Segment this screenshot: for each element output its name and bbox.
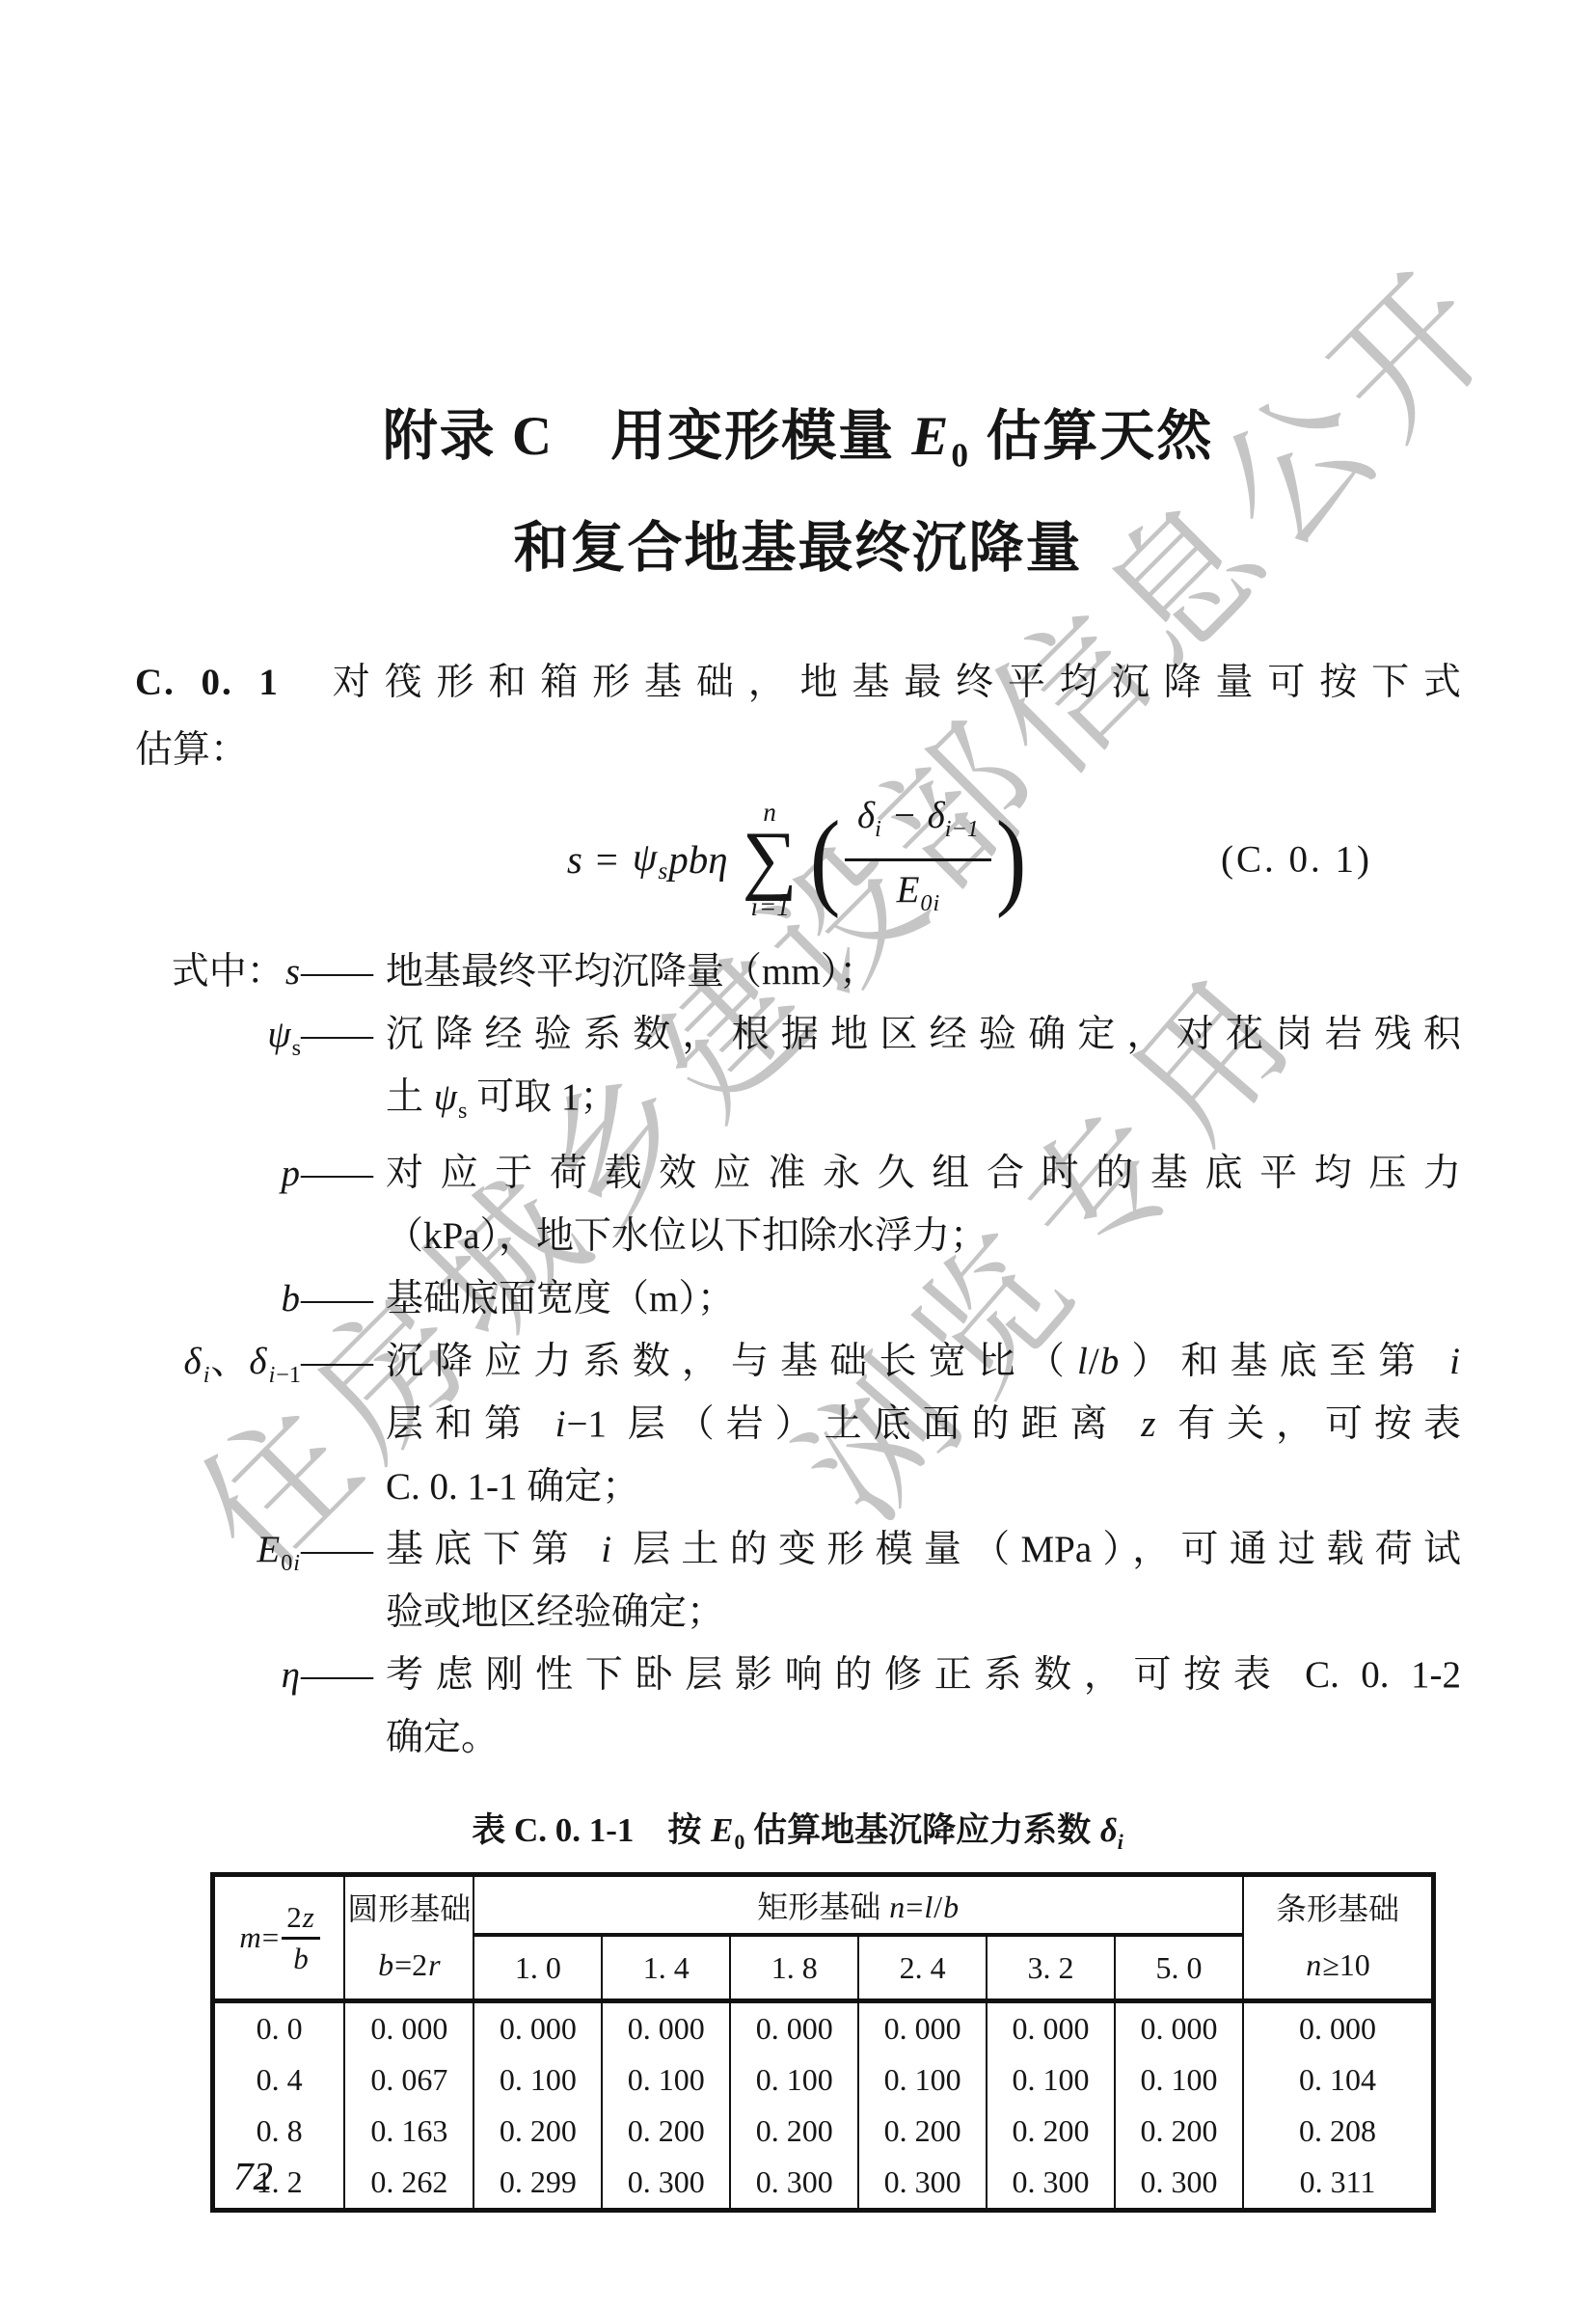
appendix-title-line-2: 和复合地基最终沉降量 bbox=[135, 502, 1461, 595]
header-ratio-3_2: 3. 2 bbox=[987, 1935, 1115, 2001]
definition-term: ψs bbox=[135, 1003, 301, 1079]
definition-term: p bbox=[135, 1142, 301, 1205]
open-paren: ( bbox=[809, 811, 840, 908]
sum-lower-limit: i=1 bbox=[750, 893, 790, 920]
header-ratio-1_4: 1. 4 bbox=[602, 1935, 730, 2001]
clause-line-1: C. 0. 1对筏形和箱形基础，地基最终平均沉降量可按下式 bbox=[135, 649, 1461, 717]
table-row: 0. 0 0. 000 0. 000 0. 000 0. 000 0. 000 … bbox=[213, 2001, 1434, 2055]
definition-dash: —— bbox=[301, 1644, 386, 1706]
header-m-ratio: m= 2z b bbox=[213, 1875, 345, 2001]
definition-term: E0i bbox=[135, 1518, 301, 1594]
equation-lhs: s bbox=[567, 836, 582, 883]
definition-dash: —— bbox=[301, 1003, 386, 1066]
definition-dash: —— bbox=[301, 1330, 386, 1393]
definition-term: b bbox=[135, 1267, 301, 1330]
pb-eta-term: pbη bbox=[667, 836, 728, 883]
definition-text: 基础底面宽度（m）； bbox=[386, 1267, 1461, 1330]
definition-item-s: 式中：s —— 地基最终平均沉降量（mm）； bbox=[135, 940, 1461, 1003]
document-page: { "watermark": { "primary": "住房城乡建设部信息公开… bbox=[0, 0, 1596, 2311]
clause-c01: C. 0. 1对筏形和箱形基础，地基最终平均沉降量可按下式 估算： bbox=[135, 649, 1461, 784]
definition-item-psi: ψs —— 沉降经验系数，根据地区经验确定，对花岗岩残积 土 ψs 可取 1； bbox=[135, 1003, 1461, 1142]
definition-item-eta: η —— 考虑刚性下卧层影响的修正系数，可按表 C. 0. 1-2 确定。 bbox=[135, 1644, 1461, 1769]
definition-term: 式中：s bbox=[135, 940, 301, 1003]
close-paren: ) bbox=[996, 811, 1027, 908]
settlement-coefficient-table: m= 2z b 圆形基础 b=2r 矩形基础 n=l/b 条形基础 n≥10 bbox=[210, 1872, 1436, 2213]
psi-coefficient: ψs bbox=[632, 833, 667, 885]
table-row: 0. 8 0. 163 0. 200 0. 200 0. 200 0. 200 … bbox=[213, 2106, 1434, 2157]
sigma-sum: n ∑ i=1 bbox=[743, 799, 798, 920]
table-caption: 表 C. 0. 1-1 按 E0 估算地基沉降应力系数 δi bbox=[135, 1804, 1461, 1855]
clause-number: C. 0. 1 bbox=[135, 662, 280, 703]
definition-term: η bbox=[135, 1644, 301, 1706]
clause-text: 对筏形和箱形基础，地基最终平均沉降量可按下式 bbox=[318, 662, 1461, 703]
definition-text: 沉降应力系数，与基础长宽比（l/b）和基底至第 i 层和第 i−1 层（岩）土底… bbox=[386, 1330, 1461, 1518]
appendix-title-line-1: 附录 C 用变形模量 E0 估算天然 bbox=[135, 390, 1461, 502]
appendix-title: 附录 C 用变形模量 E0 估算天然 和复合地基最终沉降量 bbox=[135, 390, 1461, 595]
definition-dash: —— bbox=[301, 1267, 386, 1330]
header-ratio-1_0: 1. 0 bbox=[473, 1935, 602, 2001]
table-row: 1. 2 0. 262 0. 299 0. 300 0. 300 0. 300 … bbox=[213, 2157, 1434, 2211]
equals-sign: = bbox=[596, 836, 618, 883]
header-circular-foundation: 圆形基础 b=2r bbox=[344, 1875, 473, 2001]
definition-text: 沉降经验系数，根据地区经验确定，对花岗岩残积 土 ψs 可取 1； bbox=[386, 1003, 1461, 1142]
definition-item-b: b —— 基础底面宽度（m）； bbox=[135, 1267, 1461, 1330]
definition-text: 基底下第 i 层土的变形模量（MPa），可通过载荷试 验或地区经验确定； bbox=[386, 1518, 1461, 1644]
definition-item-e0i: E0i —— 基底下第 i 层土的变形模量（MPa），可通过载荷试 验或地区经验… bbox=[135, 1518, 1461, 1644]
clause-line-2: 估算： bbox=[135, 717, 1461, 784]
fraction: δi − δi−1 E0i bbox=[845, 794, 991, 926]
header-ratio-1_8: 1. 8 bbox=[730, 1935, 858, 2001]
table-row: 0. 4 0. 067 0. 100 0. 100 0. 100 0. 100 … bbox=[213, 2054, 1434, 2106]
definition-text: 对应于荷载效应准永久组合时的基底平均压力 （kPa），地下水位以下扣除水浮力； bbox=[386, 1142, 1461, 1267]
definition-list: 式中：s —— 地基最终平均沉降量（mm）； ψs —— 沉降经验系数，根据地区… bbox=[135, 940, 1461, 1769]
fraction-numerator: δi − δi−1 bbox=[845, 794, 991, 861]
definition-item-p: p —— 对应于荷载效应准永久组合时的基底平均压力 （kPa），地下水位以下扣除… bbox=[135, 1142, 1461, 1267]
definition-dash: —— bbox=[301, 940, 386, 1003]
equation-c01: s = ψs pbη n ∑ i=1 ( δi − δi−1 E0i ) (C.… bbox=[135, 786, 1461, 933]
sigma-icon: ∑ bbox=[743, 826, 798, 893]
equation-number: (C. 0. 1) bbox=[1221, 838, 1372, 882]
header-ratio-5_0: 5. 0 bbox=[1115, 1935, 1243, 2001]
definition-dash: —— bbox=[301, 1518, 386, 1581]
page-content: 附录 C 用变形模量 E0 估算天然 和复合地基最终沉降量 C. 0. 1对筏形… bbox=[0, 390, 1596, 2213]
definition-item-delta: δi、δi−1 —— 沉降应力系数，与基础长宽比（l/b）和基底至第 i 层和第… bbox=[135, 1330, 1461, 1518]
fraction-denominator: E0i bbox=[896, 861, 941, 926]
header-ratio-2_4: 2. 4 bbox=[858, 1935, 987, 2001]
header-strip-foundation: 条形基础 n≥10 bbox=[1243, 1875, 1434, 2001]
page-number: 72 bbox=[233, 2153, 273, 2199]
definition-text: 地基最终平均沉降量（mm）； bbox=[386, 940, 1461, 1003]
definition-dash: —— bbox=[301, 1142, 386, 1205]
definition-text: 考虑刚性下卧层影响的修正系数，可按表 C. 0. 1-2 确定。 bbox=[386, 1644, 1461, 1769]
header-rectangular-foundation: 矩形基础 n=l/b bbox=[473, 1875, 1243, 1936]
definition-term: δi、δi−1 bbox=[135, 1330, 301, 1406]
